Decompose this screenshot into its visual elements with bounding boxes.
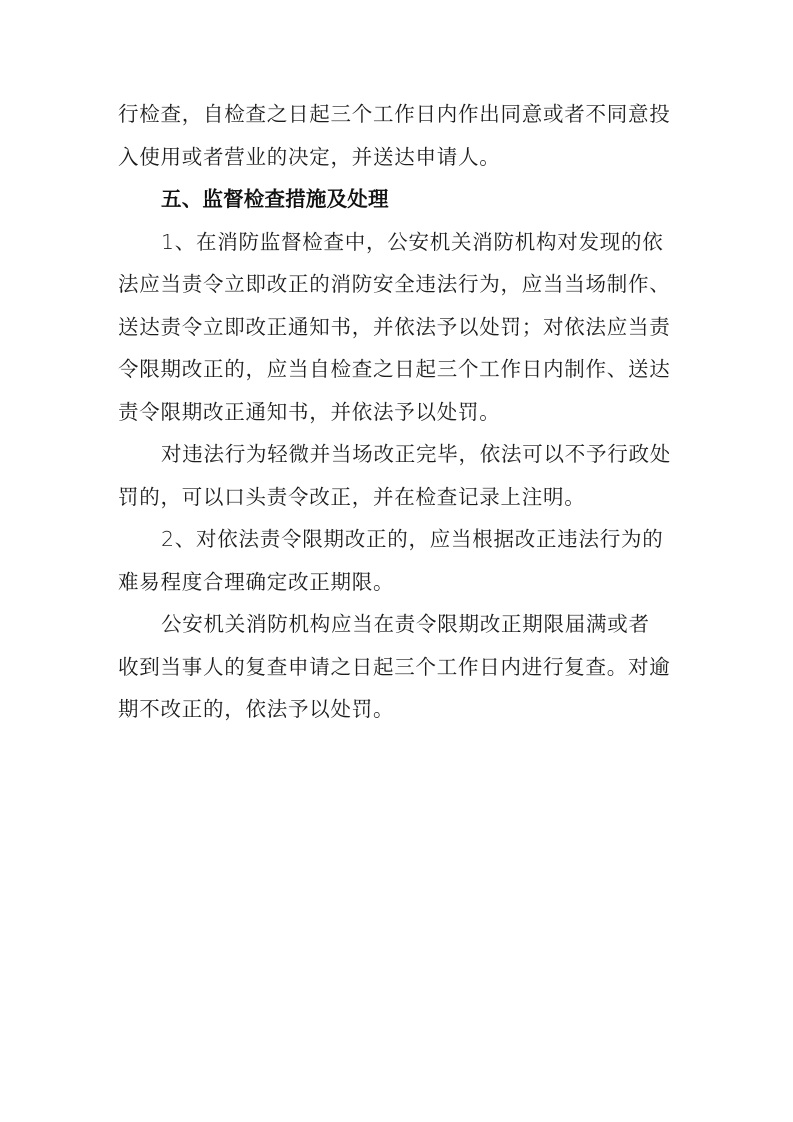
- paragraph-line: 收到当事人的复查申请之日起三个工作日内进行复查。对逾: [118, 646, 674, 689]
- paragraph-line: 1、在消防监督检查中，公安机关消防机构对发现的依: [118, 221, 674, 264]
- paragraph-line: 责令限期改正通知书，并依法予以处罚。: [118, 391, 674, 434]
- paragraph-line: 公安机关消防机构应当在责令限期改正期限届满或者: [118, 603, 674, 646]
- paragraph-line: 期不改正的，依法予以处罚。: [118, 688, 674, 731]
- paragraph-line: 法应当责令立即改正的消防安全违法行为，应当当场制作、: [118, 263, 674, 306]
- document-body: 行检查，自检查之日起三个工作日内作出同意或者不同意投 入使用或者营业的决定，并送…: [118, 93, 674, 731]
- paragraph-line: 对违法行为轻微并当场改正完毕，依法可以不予行政处: [118, 433, 674, 476]
- document-page: 行检查，自检查之日起三个工作日内作出同意或者不同意投 入使用或者营业的决定，并送…: [0, 0, 793, 1122]
- paragraph-line: 难易程度合理确定改正期限。: [118, 561, 674, 604]
- paragraph-line: 入使用或者营业的决定，并送达申请人。: [118, 136, 674, 179]
- section-heading: 五、监督检查措施及处理: [118, 178, 674, 221]
- paragraph-line: 令限期改正的，应当自检查之日起三个工作日内制作、送达: [118, 348, 674, 391]
- paragraph-line: 2、对依法责令限期改正的，应当根据改正违法行为的: [118, 518, 674, 561]
- paragraph-line: 行检查，自检查之日起三个工作日内作出同意或者不同意投: [118, 93, 674, 136]
- paragraph-line: 送达责令立即改正通知书，并依法予以处罚；对依法应当责: [118, 306, 674, 349]
- paragraph-line: 罚的，可以口头责令改正，并在检查记录上注明。: [118, 476, 674, 519]
